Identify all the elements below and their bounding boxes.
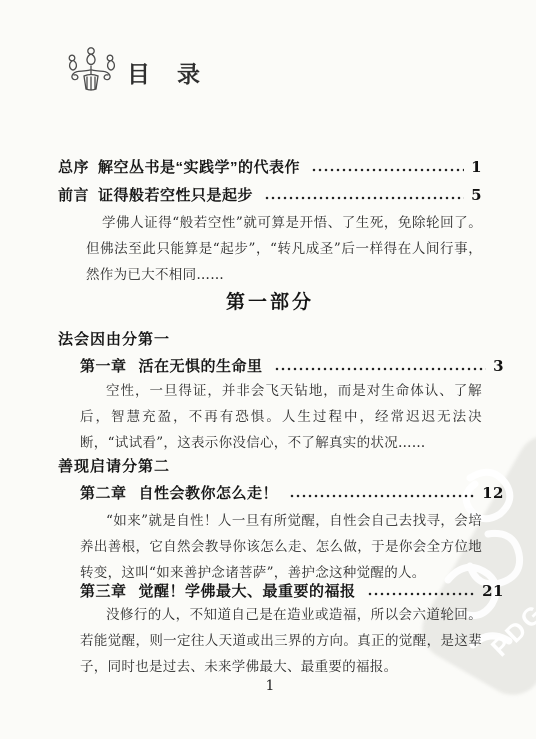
- lotus-ornament-icon: [62, 44, 120, 94]
- part-title: 第一部分: [58, 287, 482, 314]
- dot-leader: [311, 168, 464, 172]
- dot-leader: [264, 196, 464, 200]
- entry-page-number: 1: [471, 157, 482, 177]
- entry-page-number: 21: [482, 581, 504, 601]
- dot-leader: [367, 592, 476, 596]
- page-title: 目 录: [127, 56, 202, 89]
- chapter-title: 自性会教你怎么走！: [139, 484, 279, 504]
- dot-leader: [289, 494, 475, 498]
- entry-page-number: 5: [471, 185, 482, 205]
- foreword-summary: 学佛人证得“般若空性”就可算是开悟、了生死，免除轮回了。但佛法至此只能算是“起步…: [86, 210, 482, 288]
- entry-page-number: 3: [493, 356, 504, 376]
- chapter-title: 活在无惧的生命里: [139, 357, 263, 377]
- entry-label: 总序: [58, 158, 89, 178]
- toc-page: PDG 目 录 总序 解空丛书是“实践学”的代表作 1: [0, 0, 536, 739]
- toc-entry-chapter-2: 第二章 自性会教你怎么走！ 12: [58, 483, 504, 504]
- chapter-label: 第一章: [80, 357, 127, 377]
- entry-page-number: 12: [482, 483, 504, 503]
- toc-entry-chapter-1: 第一章 活在无惧的生命里 3: [58, 356, 504, 377]
- chapter-1-summary: 空性，一旦得证，并非会飞天钻地，而是对生命体认、了解后，智慧充盈，不再有恐惧。人…: [80, 378, 482, 456]
- entry-label: 前言: [58, 186, 89, 206]
- entry-title: 证得般若空性只是起步: [98, 186, 253, 206]
- toc-entry-general-preface: 总序 解空丛书是“实践学”的代表作 1: [58, 157, 482, 178]
- entry-title: 解空丛书是“实践学”的代表作: [98, 158, 300, 178]
- dot-leader: [274, 367, 487, 371]
- folio-page-number: 1: [58, 678, 482, 694]
- chapter-title: 觉醒！学佛最大、最重要的福报: [139, 582, 356, 602]
- section-heading-2: 善现启请分第二: [58, 455, 170, 476]
- chapter-label: 第三章: [80, 582, 127, 602]
- toc-entry-chapter-3: 第三章 觉醒！学佛最大、最重要的福报 21: [58, 581, 504, 602]
- chapter-2-summary: “如来”就是自性！人一旦有所觉醒，自性会自己去找寻，会培养出善根，它自然会教导你…: [80, 508, 482, 586]
- section-heading-1: 法会因由分第一: [58, 328, 170, 349]
- chapter-3-summary: 没修行的人，不知道自己是在造业或造福，所以会六道轮回。若能觉醒，则一定往人天道或…: [80, 602, 482, 680]
- toc-entry-foreword: 前言 证得般若空性只是起步 5: [58, 185, 482, 206]
- chapter-label: 第二章: [80, 484, 127, 504]
